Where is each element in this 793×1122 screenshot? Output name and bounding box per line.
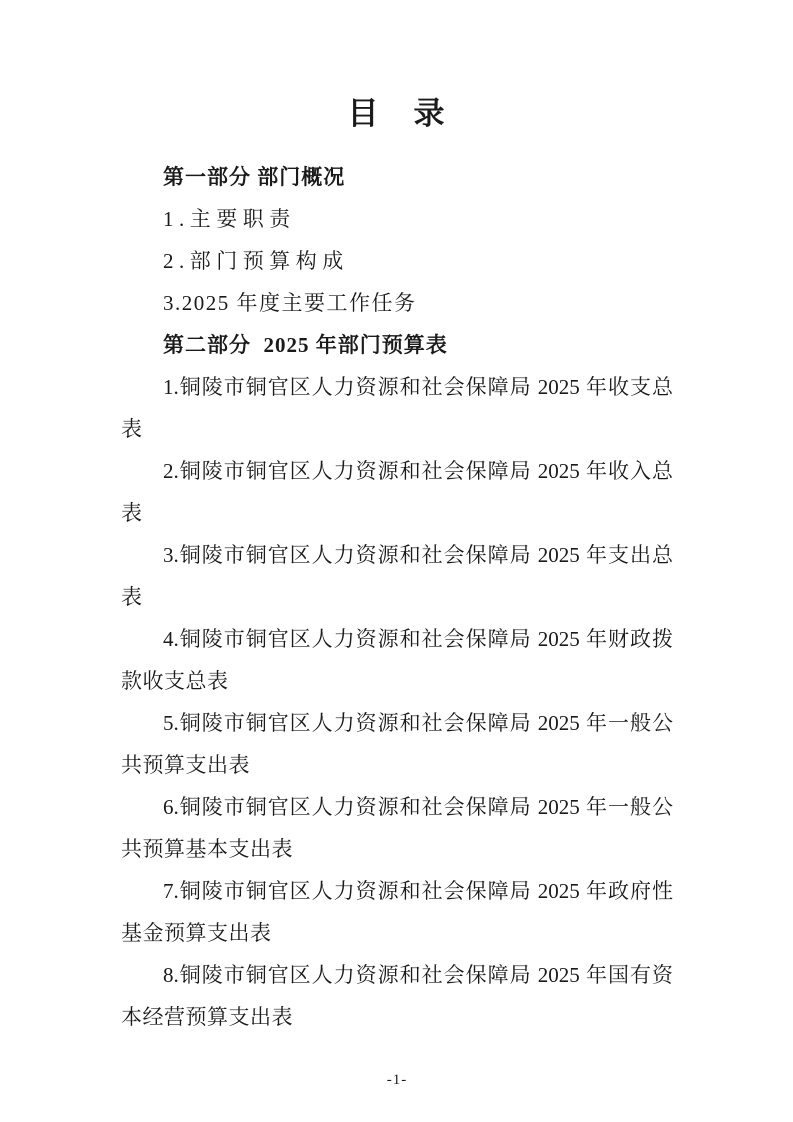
section2-item-3-line1: 3.铜陵市铜官区人力资源和社会保障局 2025 年支出总 — [121, 534, 673, 576]
page-title: 目 录 — [121, 92, 673, 136]
section2-item-6-line1: 6.铜陵市铜官区人力资源和社会保障局 2025 年一般公 — [121, 786, 673, 828]
section2-item-4-line1: 4.铜陵市铜官区人力资源和社会保障局 2025 年财政拨 — [121, 618, 673, 660]
section2-item-5-line1: 5.铜陵市铜官区人力资源和社会保障局 2025 年一般公 — [121, 702, 673, 744]
section2-item-3-line2: 表 — [121, 576, 673, 618]
section2-item-2-line1: 2.铜陵市铜官区人力资源和社会保障局 2025 年收入总 — [121, 450, 673, 492]
section2-item-1-line1: 1.铜陵市铜官区人力资源和社会保障局 2025 年收支总 — [121, 366, 673, 408]
section2-item-7-line1: 7.铜陵市铜官区人力资源和社会保障局 2025 年政府性 — [121, 870, 673, 912]
section1-item-3: 3.2025 年度主要工作任务 — [121, 282, 673, 324]
page-number: -1- — [121, 1072, 673, 1088]
section2-item-8-line2: 本经营预算支出表 — [121, 996, 673, 1038]
section1-item-2: 2.部门预算构成 — [121, 240, 673, 282]
section2-item-4-line2: 款收支总表 — [121, 660, 673, 702]
section2-item-1-line2: 表 — [121, 408, 673, 450]
table-of-contents: 第一部分 部门概况 1.主要职责 2.部门预算构成 3.2025 年度主要工作任… — [121, 156, 673, 1038]
section2-item-5-line2: 共预算支出表 — [121, 744, 673, 786]
section2-item-7-line2: 基金预算支出表 — [121, 912, 673, 954]
section1-item-1: 1.主要职责 — [121, 198, 673, 240]
section2-heading: 第二部分 2025 年部门预算表 — [121, 324, 673, 366]
section1-heading: 第一部分 部门概况 — [121, 156, 673, 198]
section2-item-8-line1: 8.铜陵市铜官区人力资源和社会保障局 2025 年国有资 — [121, 954, 673, 996]
section2-item-2-line2: 表 — [121, 492, 673, 534]
section2-item-6-line2: 共预算基本支出表 — [121, 828, 673, 870]
document-page: 目 录 第一部分 部门概况 1.主要职责 2.部门预算构成 3.2025 年度主… — [0, 0, 793, 1122]
